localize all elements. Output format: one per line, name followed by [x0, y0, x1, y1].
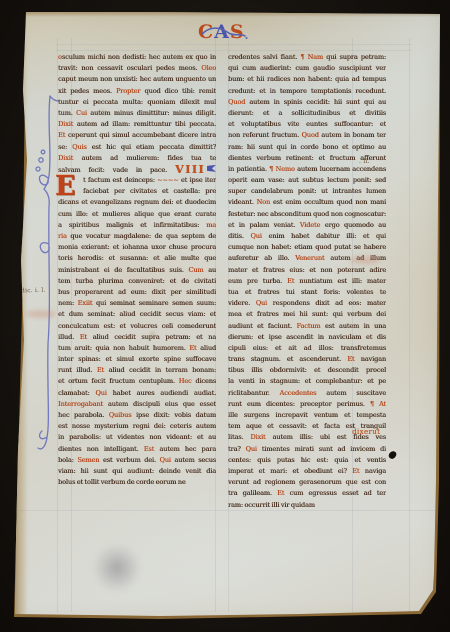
text-line: litas. Dixit autem illis: ubi est fides …: [228, 432, 386, 443]
running-title-letter: S: [230, 20, 245, 44]
pen-flourish: [34, 94, 64, 458]
paraph-flag: [207, 165, 216, 172]
text-line: bus properarent ad eum: dixit per simili…: [58, 287, 216, 298]
text-line: credunt: et in tempore temptationis rece…: [228, 86, 386, 97]
text-line: mater et fratres eius: et non poterant a…: [228, 265, 386, 276]
text-line: Quod autem in spinis cecidit: hii sunt q…: [228, 97, 386, 108]
text-line: in patientia. ¶ Nemo autem lucernam acce…: [228, 164, 386, 175]
text-line: in parabolis: ut videntes non videant: e…: [58, 432, 216, 443]
margin-note-red: dixerūt: [352, 428, 380, 436]
text-line: cum illo: et mulieres alique que erant c…: [58, 209, 216, 220]
text-line: travit: non cessavit osculari pedes meos…: [58, 63, 216, 74]
text-line: non referunt fructum. Quod autem in bona…: [228, 130, 386, 141]
text-line: super candelabrum ponit: ut intrantes lu…: [228, 186, 386, 197]
text-line: qui cum audierint: cum gaudio suscipiunt…: [228, 63, 386, 74]
text-line: caput meum non unxisti: hec autem unguen…: [58, 74, 216, 85]
text-line: illud. Et aliud cecidit supra petram: et…: [58, 332, 216, 343]
text-line: clamabat: Qui habet aures audiendi audia…: [58, 388, 216, 399]
text-line: dientes verbum retinent: et fructum affe…: [228, 153, 386, 164]
text-line: dierunt: et a sollicitudinibus et diviti…: [228, 108, 386, 119]
text-line: Dixit autem ad mulierem: fides tua te: [58, 153, 216, 164]
text-line: t factum est deinceps: ~~~~ et ipse iter: [58, 175, 216, 186]
text-line: cumque non habet: etiam quod putat se ha…: [228, 242, 386, 253]
running-title: C A S: [198, 20, 245, 46]
text-line: cipuli eius: et ait ad illos: transfrete…: [228, 343, 386, 354]
text-line: mea et fratres mei hii sunt: qui verbum …: [228, 309, 386, 320]
text-line: Et ceperunt qui simul accumbebant dicere…: [58, 130, 216, 141]
deckle-edge-left: [12, 8, 28, 614]
text-line: riclitabantur. Accedentes autem suscitav…: [228, 388, 386, 399]
title-swash-flourish: [200, 24, 248, 42]
text-line: ministrabant ei de facultatibus suis. Cu…: [58, 265, 216, 276]
ruling-line-vertical: [215, 38, 216, 612]
decorated-initial: E: [55, 173, 76, 200]
text-line: la venti in stagnum: et complebantur: et…: [228, 376, 386, 387]
text-line: tra galileam. Et cum egressus esset ad t…: [228, 488, 386, 499]
text-line: toris herodis: et susanna: et alie multe…: [58, 253, 216, 264]
ruling-line-horizontal: [20, 510, 435, 511]
text-line: tibus illis obdormivit: et descendit pro…: [228, 365, 386, 376]
text-line: tra? Qui timentes mirati sunt ad invicem…: [228, 444, 386, 455]
text-line: ditis. Qui enim habet dabitur illi: et q…: [228, 231, 386, 242]
text-line: tum. Cui autem minus dimittitur: minus d…: [58, 108, 216, 119]
text-line: nem: Exiit qui seminat seminare semen su…: [58, 298, 216, 309]
text-line: ram: hii sunt qui in corde bono et optim…: [228, 142, 386, 153]
foxing-spot: [100, 110, 105, 114]
red-smudge: [26, 310, 56, 318]
text-line: et voluptatibus vite euntes suffocantur:…: [228, 119, 386, 130]
text-line: ram: occurrit illi vir quidam: [228, 500, 386, 511]
text-line: ria que vocatur magdalene: de qua septem…: [58, 231, 216, 242]
text-line: se: Quis est hic qui etiam peccata dimit…: [58, 142, 216, 153]
wormhole-spot: [388, 450, 398, 460]
text-line: festetur: nec absconditum quod non cogno…: [228, 209, 386, 220]
text-line: tem aque et cessavit: et facta est tranq…: [228, 421, 386, 432]
manuscript-leaf: C A S E osculum michi non dedisti: hec: [0, 0, 450, 632]
ruling-line-vertical: [71, 38, 72, 612]
text-column-right: credentes salvi fiant. ¶ Nam qui supra p…: [228, 52, 386, 511]
foxing-spot: [150, 332, 155, 336]
ruling-line-vertical: [352, 38, 353, 612]
text-line: bum: et hii radices non habent: quia ad …: [228, 74, 386, 85]
text-line: tuntur ei peccata multa: quoniam dilexit…: [58, 97, 216, 108]
running-title-letter: A: [214, 20, 230, 44]
text-line: dicans et evangelizans regnum dei: et du…: [58, 197, 216, 208]
text-line: osculum michi non dedisti: hec autem ex …: [58, 52, 216, 63]
text-line: operit eam vase: aut subtus lectum ponit…: [228, 175, 386, 186]
text-line: runt eum dicentes: preceptor perimus. ¶ …: [228, 399, 386, 410]
text-line: hec parabola. Quibus ipse dixit: vobis d…: [58, 410, 216, 421]
text-line: centes: quis putas hic est: quia et vent…: [228, 455, 386, 466]
text-line: et in palam veniat. Videte ergo quomodo …: [228, 220, 386, 231]
text-line: trans stagnum. et ascenderunt. Et naviga…: [228, 354, 386, 365]
text-line: tem turba plurima conveniret: et de civi…: [58, 276, 216, 287]
deckle-edge-top: [24, 10, 442, 17]
parchment-stain: [92, 543, 142, 593]
margin-note-right: . fi.: [359, 158, 370, 165]
text-line: tua et fratres tui stant foris: volentes…: [228, 287, 386, 298]
ruling-line-vertical: [57, 38, 58, 612]
text-line: xit pedes meos. Propter quod dico tibi: …: [58, 86, 216, 97]
ruling-line-horizontal: [55, 50, 412, 51]
text-line: et dum seminat: aliud cecidit secus viam…: [58, 309, 216, 320]
text-line: conculcatum est: et volucres celi comede…: [58, 321, 216, 332]
text-line: dientes non intelligant. Est autem hec p…: [58, 444, 216, 455]
text-line: et ortum fecit fructum centuplum. Hec di…: [58, 376, 216, 387]
text-column-left: osculum michi non dedisti: hec autem ex …: [58, 52, 216, 488]
text-line: dierum: et ipse ascendit in naviculam et…: [228, 332, 386, 343]
text-line: Dixit autem ad illam: remittuntur tibi p…: [58, 119, 216, 130]
ruling-line-vertical: [228, 38, 229, 612]
manuscript-photo: C A S E osculum michi non dedisti: hec: [0, 0, 450, 632]
text-line: tum aruit: quia non habuit humorem. Et a…: [58, 343, 216, 354]
text-line: ille surgens increpavit ventum et tempes…: [228, 410, 386, 421]
chapter-number: VIII: [175, 164, 205, 175]
red-smudge: [350, 256, 380, 264]
text-line: viam: hii sunt qui audiunt: deinde venit…: [58, 466, 216, 477]
text-line: videant. Non est enim occultum quod non …: [228, 197, 386, 208]
text-line: credentes salvi fiant. ¶ Nam qui supra p…: [228, 52, 386, 63]
text-line: videre. Qui respondens dixit ad eos: mat…: [228, 298, 386, 309]
text-line: monia exierant: et iohanna uxor chuse pr…: [58, 242, 216, 253]
text-line: inter spinas: et simul exorte spine suff…: [58, 354, 216, 365]
text-line: salvam fecit: vade in pace. VIII: [58, 164, 216, 175]
text-line: runt illud. Et aliud cecidit in terram b…: [58, 365, 216, 376]
ruling-line-vertical: [409, 38, 410, 612]
text-line: imperat et mari: et obediunt ei? Et navi…: [228, 466, 386, 477]
margin-note-left: dic. i. l.: [21, 287, 46, 295]
running-title-letter: C: [198, 20, 214, 44]
text-line: eum pre turba. Et nuntiatum est illi: ma…: [228, 276, 386, 287]
ruling-line-horizontal: [55, 44, 412, 45]
text-line: a spiritibus malignis et infirmitatibus:…: [58, 220, 216, 231]
text-line: faciebat per civitates et castella: pre: [58, 186, 216, 197]
text-line: est nosse mysterium regni dei: ceteris a…: [58, 421, 216, 432]
text-line: bola: Semen est verbum dei. Qui autem se…: [58, 455, 216, 466]
text-line: verunt ad regionem gerasenorum que est c…: [228, 477, 386, 488]
text-line: Interrogabant autem discipuli eius que e…: [58, 399, 216, 410]
text-line: bolus et tollit verbum de corde eorum ne: [58, 477, 216, 488]
text-line: auferetur ab illo. Venerunt autem ad ill…: [228, 253, 386, 264]
text-line: audiunt et faciunt. Factum est autem in …: [228, 321, 386, 332]
